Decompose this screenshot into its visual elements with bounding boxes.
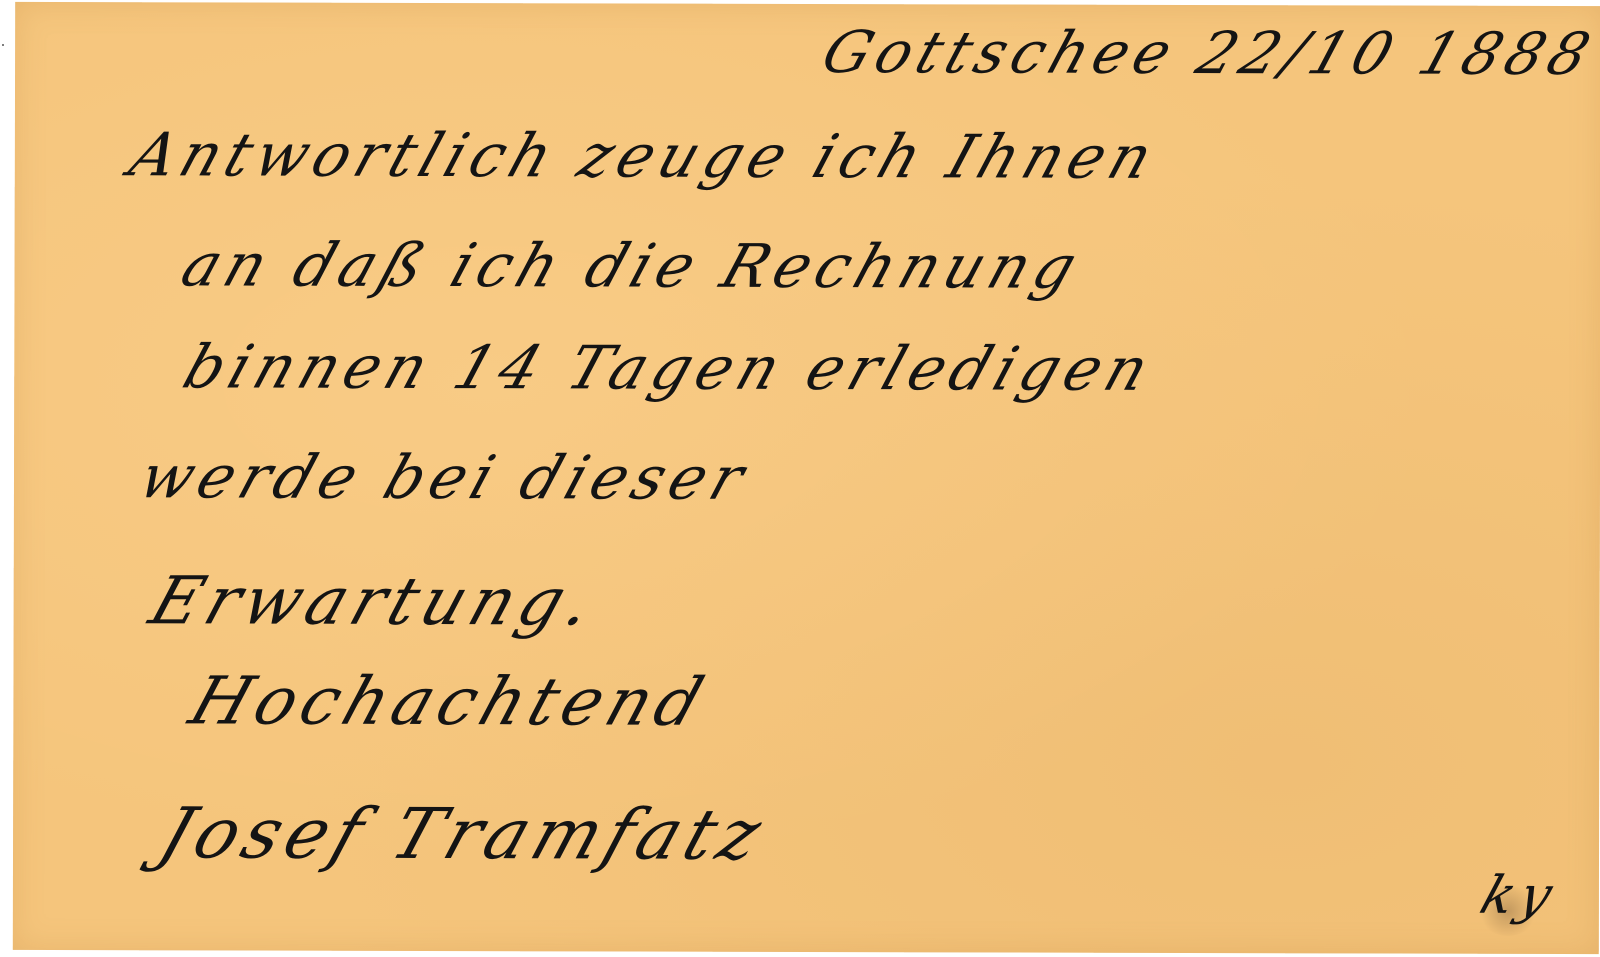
- scan-speck: [2, 44, 4, 46]
- signature: Josef Tramfatz: [150, 792, 777, 876]
- body-line-2: an daß ich die Rechnung: [173, 230, 1091, 302]
- postcard: Gottschee 22/10 1888 Antwortlich zeuge i…: [13, 2, 1600, 954]
- corner-mark: ky: [1473, 866, 1566, 926]
- body-line-3: binnen 14 Tagen erledigen: [175, 332, 1163, 404]
- body-line-5: Erwartung.: [141, 562, 608, 640]
- closing-line: Hochachtend: [181, 662, 718, 740]
- body-line-1: Antwortlich zeuge ich Ihnen: [121, 120, 1166, 193]
- date-line: Gottschee 22/10 1888: [814, 18, 1600, 88]
- body-line-4: werde bei dieser: [131, 442, 759, 514]
